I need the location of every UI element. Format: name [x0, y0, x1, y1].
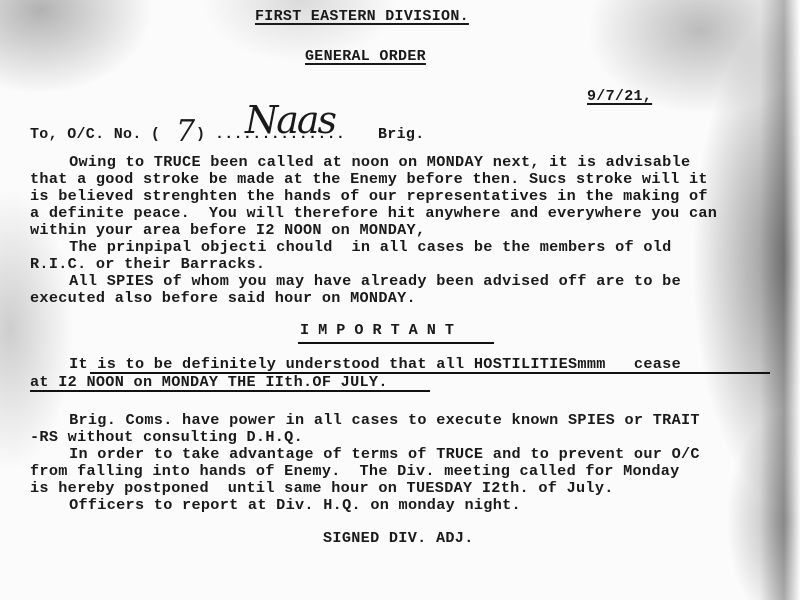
text-line: is believed strenghten the hands of our …	[30, 188, 708, 205]
text-line: The prinpipal objecti chould in all case…	[22, 239, 672, 256]
text-line: In order to take advantage of terms of T…	[22, 446, 700, 463]
text-line: Brig. Coms. have power in all cases to e…	[22, 412, 700, 429]
document-heading: FIRST EASTERN DIVISION.	[255, 8, 469, 25]
torn-edge	[760, 0, 800, 600]
text-line: R.I.C. or their Barracks.	[30, 256, 265, 273]
text-line: -RS without consulting D.H.Q.	[30, 429, 303, 446]
important-underline	[30, 390, 430, 392]
text-line: Owing to TRUCE been called at noon on MO…	[22, 154, 690, 171]
text-line: executed also before said hour on MONDAY…	[30, 290, 416, 307]
document-date: 9/7/21,	[587, 88, 652, 105]
text-line: is hereby postponed until same hour on T…	[30, 480, 614, 497]
recipient-rank: Brig.	[378, 126, 425, 143]
important-underline	[298, 342, 494, 344]
handwritten-number: 7	[176, 114, 195, 149]
text-line: a definite peace. You will therefore hit…	[30, 205, 717, 222]
text-line: at I2 NOON on MONDAY THE IIth.OF JULY.	[30, 374, 388, 391]
recipient-prefix: To, O/C. No. (	[30, 126, 160, 143]
text-line: within your area before I2 NOON on MONDA…	[30, 222, 425, 239]
handwritten-name: Naas	[245, 98, 335, 142]
document-subheading: GENERAL ORDER	[305, 48, 426, 65]
signature: SIGNED DIV. ADJ.	[323, 530, 474, 547]
text-line: from falling into hands of Enemy. The Di…	[30, 463, 680, 480]
important-heading: IMPORTANT	[300, 322, 463, 339]
text-line: Officers to report at Div. H.Q. on monda…	[22, 497, 521, 514]
text-line: All SPIES of whom you may have already b…	[22, 273, 681, 290]
recipient-paren: )	[196, 126, 205, 143]
text-line: It is to be definitely understood that a…	[22, 356, 681, 373]
text-line: that a good stroke be made at the Enemy …	[30, 171, 708, 188]
